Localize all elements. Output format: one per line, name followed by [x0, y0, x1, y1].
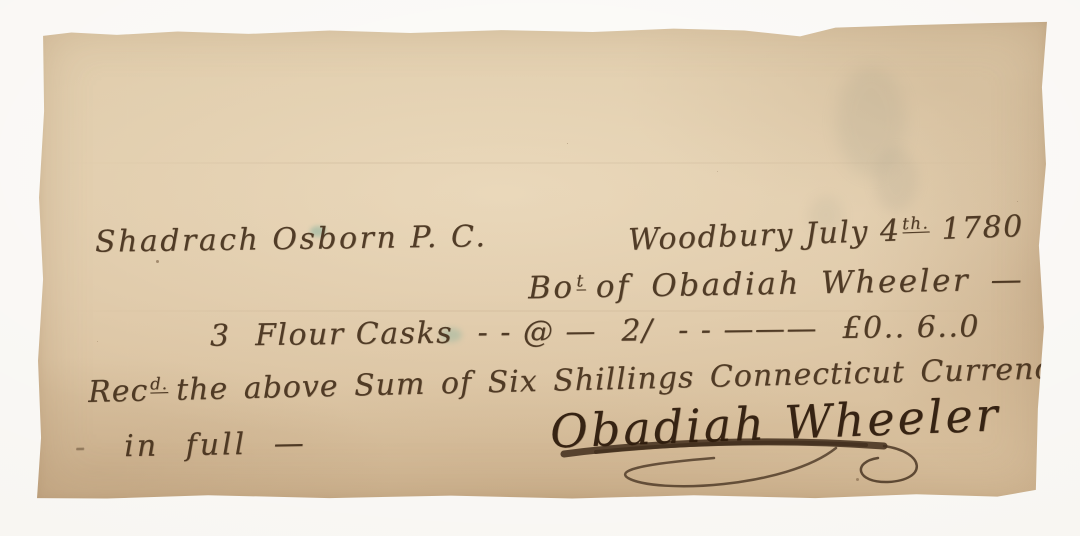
- item-amount-pounds: £0.. 6..0: [842, 309, 980, 346]
- item-entry-line: 3 Flour Casks - - @ — 2/ - - ——— £0.. 6.…: [210, 309, 980, 353]
- bought-of-text: of Obadiah Wheeler —: [596, 262, 1025, 305]
- bought-superscript: t: [576, 271, 586, 291]
- signature-flourish-underline: [536, 428, 966, 496]
- item-unit-rate: 2/: [621, 313, 654, 348]
- item-description: Flour Casks: [255, 316, 453, 353]
- received-superscript: d.: [150, 374, 168, 393]
- item-quantity: 3: [210, 318, 231, 353]
- bleedthrough-stain: [874, 148, 918, 212]
- margin-dash: -: [75, 430, 89, 465]
- item-fill-dashes: - - ———: [678, 311, 818, 348]
- received-abbreviation: Rec: [88, 374, 149, 410]
- item-at-dashes: - - @ —: [477, 314, 597, 350]
- receipt-paper: Shadrach Osborn P. C. Woodbury July 4th.…: [36, 20, 1048, 500]
- bought-of-line: Botof Obadiah Wheeler —: [528, 262, 1025, 307]
- photo-backdrop: Shadrach Osborn P. C. Woodbury July 4th.…: [0, 0, 1080, 536]
- payee-line: Shadrach Osborn P. C.: [95, 219, 488, 259]
- place-date-text: Woodbury July 4: [628, 213, 902, 257]
- bought-abbreviation: Bo: [528, 270, 575, 307]
- in-full-line: -in full —: [75, 426, 307, 465]
- place-date-line: Woodbury July 4th.1780: [628, 209, 1025, 258]
- paper-crease: [56, 162, 1028, 164]
- date-ordinal-superscript: th.: [902, 213, 930, 233]
- in-full-text: in full —: [124, 426, 307, 464]
- date-year: 1780: [941, 209, 1025, 247]
- bleedthrough-stain: [836, 66, 906, 176]
- ink-specks: [156, 260, 159, 263]
